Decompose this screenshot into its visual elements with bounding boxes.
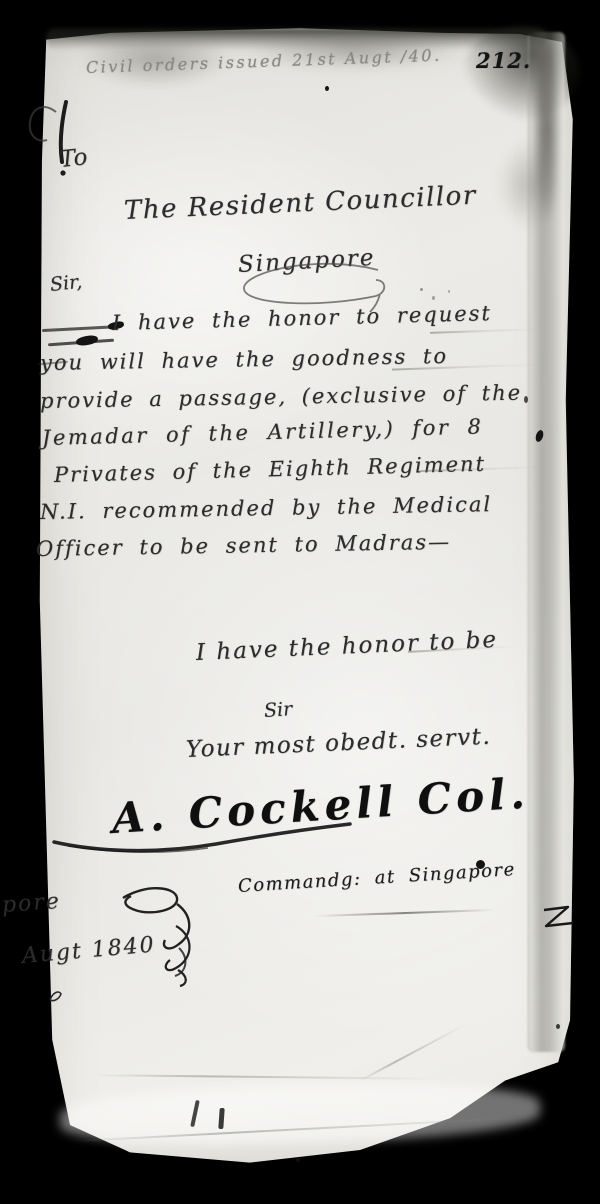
address-to: To	[59, 144, 89, 173]
docket-place-fragment: pore	[1, 889, 61, 918]
margin-mark-icon	[16, 96, 80, 186]
salutation: Sir,	[49, 271, 83, 296]
docket-curl-icon	[162, 922, 206, 988]
ink-speck	[325, 86, 329, 91]
ink-speck	[420, 288, 423, 291]
ink-speck	[432, 296, 435, 300]
scanned-letter-page: Civil orders issued 21st Augt /40. 212. …	[0, 0, 600, 1204]
ink-speck	[296, 1158, 300, 1162]
ink-speck	[448, 290, 450, 293]
small-tick-icon	[46, 986, 64, 1004]
closing-sir: Sir	[263, 698, 293, 722]
edge-mark-icon	[540, 900, 578, 934]
folio-number: 212.	[476, 48, 531, 73]
ink-speck	[524, 396, 528, 403]
ink-speck	[556, 1024, 560, 1029]
